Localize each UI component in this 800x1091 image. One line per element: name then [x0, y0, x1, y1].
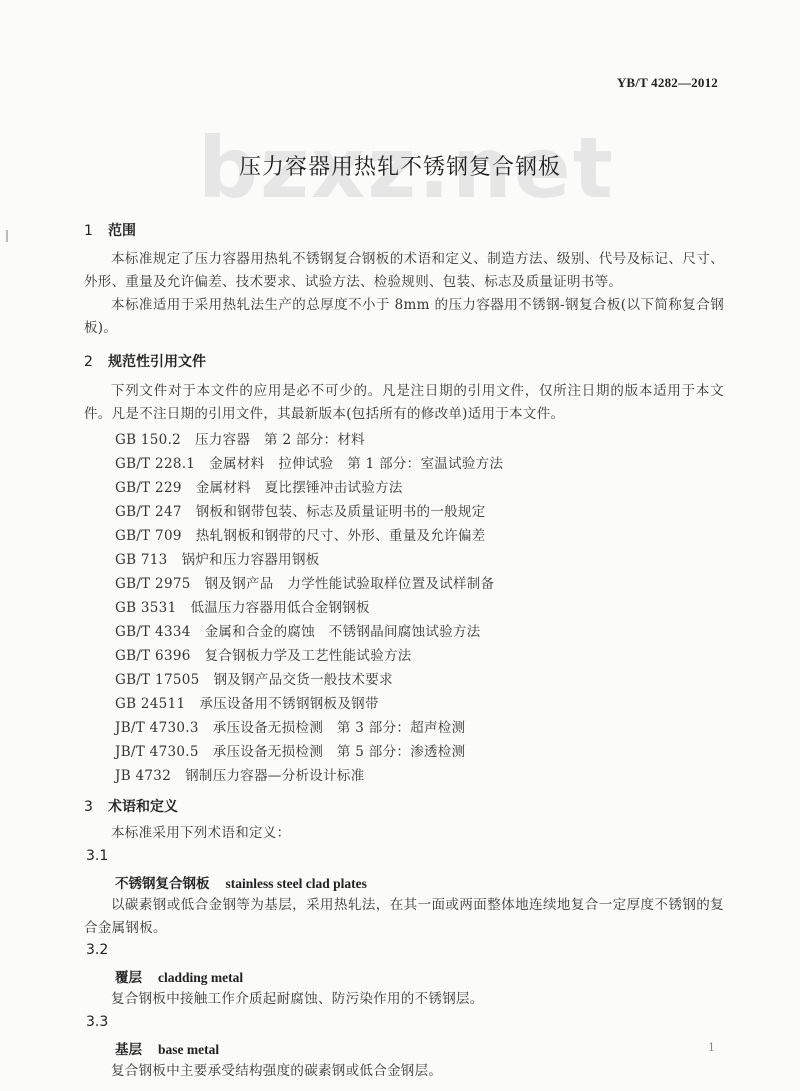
- reference-item: GB 150.2压力容器 第 2 部分：材料: [115, 428, 365, 448]
- reference-code: JB/T 4730.3: [115, 720, 199, 736]
- reference-code: GB/T 247: [115, 504, 182, 520]
- paragraph: 本标准规定了压力容器用热轧不锈钢复合钢板的术语和定义、制造方法、级别、代号及标记…: [84, 248, 724, 294]
- document-code: YB/T 4282—2012: [617, 75, 718, 91]
- paragraph: 本标准采用下列术语和定义：: [84, 822, 724, 845]
- reference-code: JB/T 4730.5: [115, 744, 199, 760]
- reference-title: 承压设备无损检测 第 5 部分：渗透检测: [213, 744, 466, 760]
- term-en: base metal: [158, 1042, 219, 1057]
- reference-code: GB/T 2975: [115, 576, 191, 592]
- reference-item: JB/T 4730.5承压设备无损检测 第 5 部分：渗透检测: [115, 740, 465, 760]
- reference-title: 钢制压力容器—分析设计标准: [185, 768, 364, 784]
- reference-title: 低温压力容器用低合金钢钢板: [190, 600, 369, 616]
- reference-title: 承压设备无损检测 第 3 部分：超声检测: [213, 720, 466, 736]
- reference-code: GB/T 17505: [115, 672, 200, 688]
- section-heading-scope: 1范围: [84, 220, 136, 240]
- term-title: 基层base metal: [115, 1038, 219, 1058]
- reference-title: 热轧钢板和钢带的尺寸、外形、重量及允许偏差: [196, 528, 486, 544]
- term-number: 3.2: [86, 942, 108, 958]
- reference-item: GB/T 17505钢及钢产品交货一般技术要求: [115, 668, 393, 688]
- reference-code: JB 4732: [115, 768, 171, 784]
- paragraph: 本标准适用于采用热轧法生产的总厚度不小于 8mm 的压力容器用不锈钢-钢复合板(…: [84, 294, 724, 340]
- term-title: 不锈钢复合钢板stainless steel clad plates: [115, 872, 367, 892]
- reference-code: GB/T 228.1: [115, 456, 195, 472]
- page-title: 压力容器用热轧不锈钢复合钢板: [0, 150, 800, 181]
- scan-edge-mark: [6, 230, 8, 242]
- reference-title: 锅炉和压力容器用钢板: [182, 552, 320, 568]
- reference-title: 压力容器 第 2 部分：材料: [195, 432, 365, 448]
- term-en: stainless steel clad plates: [226, 876, 367, 891]
- term-number: 3.1: [86, 848, 108, 864]
- reference-title: 钢板和钢带包装、标志及质量证明书的一般规定: [196, 504, 486, 520]
- reference-title: 金属材料 拉伸试验 第 1 部分：室温试验方法: [209, 456, 503, 472]
- term-definition: 复合钢板中接触工作介质起耐腐蚀、防污染作用的不锈钢层。: [84, 988, 724, 1011]
- section-number: 2: [84, 354, 108, 370]
- term-definition: 复合钢板中主要承受结构强度的碳素钢或低合金钢层。: [84, 1060, 724, 1083]
- section-number: 3: [84, 799, 108, 815]
- reference-title: 钢及钢产品 力学性能试验取样位置及试样制备: [205, 576, 495, 592]
- reference-title: 金属和合金的腐蚀 不锈钢晶间腐蚀试验方法: [205, 624, 481, 640]
- term-zh: 不锈钢复合钢板: [115, 876, 210, 892]
- reference-item: GB/T 228.1金属材料 拉伸试验 第 1 部分：室温试验方法: [115, 452, 503, 472]
- reference-title: 金属材料 夏比摆锤冲击试验方法: [196, 480, 403, 496]
- reference-item: JB 4732钢制压力容器—分析设计标准: [115, 764, 365, 784]
- term-title: 覆层cladding metal: [115, 966, 243, 986]
- reference-title: 承压设备用不锈钢钢板及钢带: [199, 696, 378, 712]
- reference-title: 钢及钢产品交货一般技术要求: [214, 672, 393, 688]
- reference-item: GB 713锅炉和压力容器用钢板: [115, 548, 320, 568]
- reference-item: GB/T 2975钢及钢产品 力学性能试验取样位置及试样制备: [115, 572, 494, 592]
- section-number: 1: [84, 223, 108, 239]
- page-number: 1: [708, 1041, 715, 1054]
- reference-code: GB/T 229: [115, 480, 182, 496]
- reference-code: GB 3531: [115, 600, 176, 616]
- paragraph: 下列文件对于本文件的应用是必不可少的。凡是注日期的引用文件，仅所注日期的版本适用…: [84, 380, 724, 426]
- reference-item: GB/T 4334金属和合金的腐蚀 不锈钢晶间腐蚀试验方法: [115, 620, 481, 640]
- reference-code: GB/T 6396: [115, 648, 191, 664]
- reference-item: JB/T 4730.3承压设备无损检测 第 3 部分：超声检测: [115, 716, 465, 736]
- section-title: 术语和定义: [108, 799, 178, 815]
- term-en: cladding metal: [158, 970, 243, 985]
- section-heading-terms-definitions: 3术语和定义: [84, 796, 178, 816]
- reference-item: GB/T 709热轧钢板和钢带的尺寸、外形、重量及允许偏差: [115, 524, 486, 544]
- reference-code: GB/T 709: [115, 528, 182, 544]
- reference-item: GB/T 229金属材料 夏比摆锤冲击试验方法: [115, 476, 403, 496]
- term-definition: 以碳素钢或低合金钢等为基层，采用热轧法，在其一面或两面整体地连续地复合一定厚度不…: [84, 894, 724, 940]
- reference-code: GB/T 4334: [115, 624, 191, 640]
- reference-code: GB 713: [115, 552, 168, 568]
- term-number: 3.3: [86, 1014, 108, 1030]
- reference-code: GB 150.2: [115, 432, 181, 448]
- section-title: 范围: [108, 223, 136, 239]
- reference-item: GB/T 6396复合钢板力学及工艺性能试验方法: [115, 644, 412, 664]
- term-zh: 基层: [115, 1042, 142, 1058]
- reference-item: GB 3531低温压力容器用低合金钢钢板: [115, 596, 370, 616]
- term-zh: 覆层: [115, 970, 142, 986]
- section-title: 规范性引用文件: [108, 354, 206, 370]
- section-heading-normative-references: 2规范性引用文件: [84, 351, 206, 371]
- reference-title: 复合钢板力学及工艺性能试验方法: [205, 648, 412, 664]
- reference-item: GB/T 247钢板和钢带包装、标志及质量证明书的一般规定: [115, 500, 486, 520]
- reference-code: GB 24511: [115, 696, 185, 712]
- reference-item: GB 24511承压设备用不锈钢钢板及钢带: [115, 692, 379, 712]
